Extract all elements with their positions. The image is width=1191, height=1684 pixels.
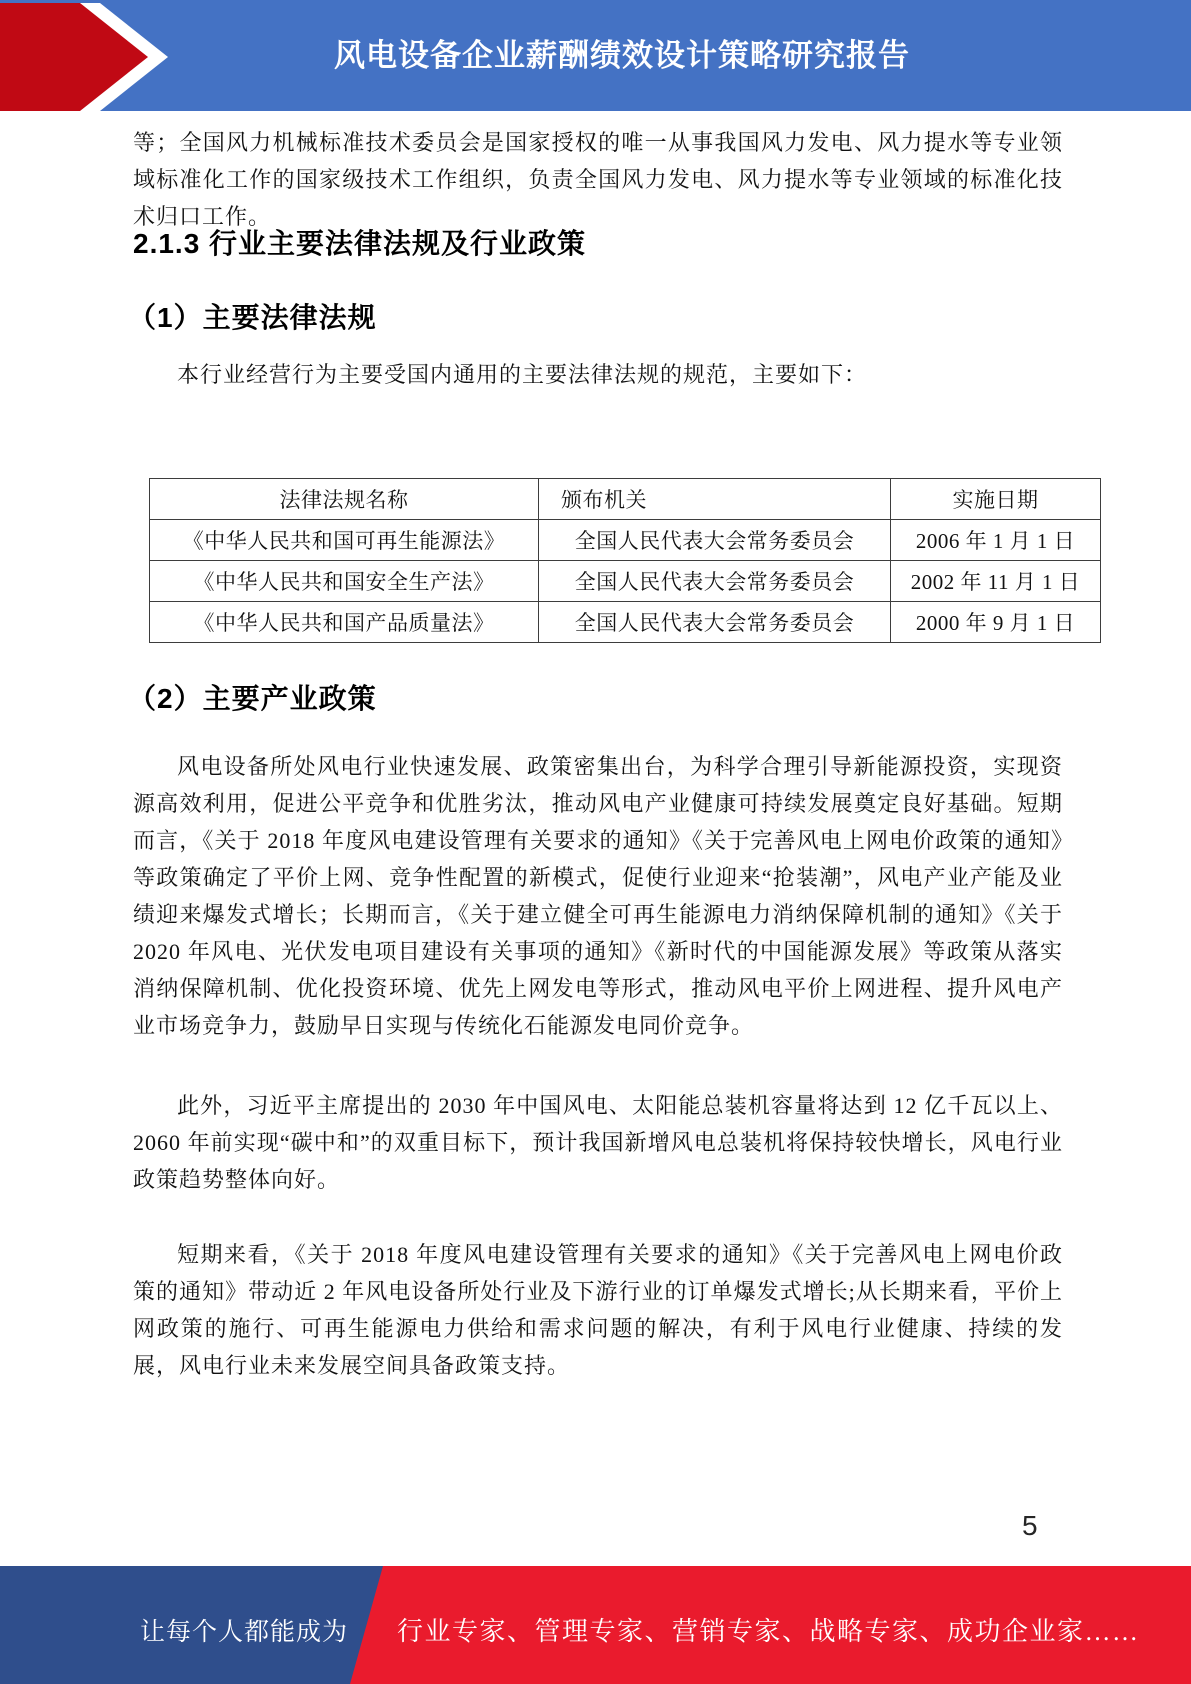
report-title: 风电设备企业薪酬绩效设计策略研究报告	[113, 30, 1131, 75]
table-header-issuer: 颁布机关	[539, 479, 891, 520]
date-cell: 2000 年 9 月 1 日	[891, 602, 1101, 643]
sub1-heading: （1）主要法律法规	[128, 296, 377, 336]
law-name-cell: 《中华人民共和国安全生产法》	[150, 561, 539, 602]
report-page: 风电设备企业薪酬绩效设计策略研究报告 等；全国风力机械标准技术委员会是国家授权的…	[0, 0, 1191, 1684]
law-name-cell: 《中华人民共和国产品质量法》	[150, 602, 539, 643]
page-header-banner: 风电设备企业薪酬绩效设计策略研究报告	[0, 0, 1191, 111]
issuer-cell: 全国人民代表大会常务委员会	[539, 520, 891, 561]
sub2-heading: （2）主要产业政策	[128, 677, 377, 717]
table-header-row: 法律法规名称 颁布机关 实施日期	[150, 479, 1101, 520]
policy-paragraph-1: 风电设备所处风电行业快速发展、政策密集出台，为科学合理引导新能源投资，实现资源高…	[133, 748, 1063, 1044]
page-number: 5	[1022, 1510, 1038, 1542]
page-footer: 让每个人都能成为 行业专家、管理专家、营销专家、战略专家、成功企业家……	[0, 1566, 1191, 1684]
issuer-cell: 全国人民代表大会常务委员会	[539, 561, 891, 602]
law-name-cell: 《中华人民共和国可再生能源法》	[150, 520, 539, 561]
table-row: 《中华人民共和国产品质量法》 全国人民代表大会常务委员会 2000 年 9 月 …	[150, 602, 1101, 643]
issuer-cell: 全国人民代表大会常务委员会	[539, 602, 891, 643]
laws-table: 法律法规名称 颁布机关 实施日期 《中华人民共和国可再生能源法》 全国人民代表大…	[149, 478, 1101, 643]
table-header-date: 实施日期	[891, 479, 1101, 520]
date-cell: 2002 年 11 月 1 日	[891, 561, 1101, 602]
date-cell: 2006 年 1 月 1 日	[891, 520, 1101, 561]
footer-slogan-left: 让每个人都能成为	[140, 1612, 345, 1648]
table-header-law-name: 法律法规名称	[150, 479, 539, 520]
policy-paragraph-3: 短期来看，《关于 2018 年度风电建设管理有关要求的通知》《关于完善风电上网电…	[133, 1236, 1063, 1384]
table-row: 《中华人民共和国安全生产法》 全国人民代表大会常务委员会 2002 年 11 月…	[150, 561, 1101, 602]
section-heading: 2.1.3 行业主要法律法规及行业政策	[133, 222, 586, 262]
policy-paragraph-2: 此外，习近平主席提出的 2030 年中国风电、太阳能总装机容量将达到 12 亿千…	[133, 1087, 1063, 1198]
intro-paragraph: 等；全国风力机械标准技术委员会是国家授权的唯一从事我国风力发电、风力提水等专业领…	[133, 124, 1063, 235]
table-row: 《中华人民共和国可再生能源法》 全国人民代表大会常务委员会 2006 年 1 月…	[150, 520, 1101, 561]
sub1-intro-paragraph: 本行业经营行为主要受国内通用的主要法律法规的规范，主要如下：	[133, 356, 1063, 393]
footer-slogan-right: 行业专家、管理专家、营销专家、战略专家、成功企业家……	[397, 1611, 1140, 1648]
